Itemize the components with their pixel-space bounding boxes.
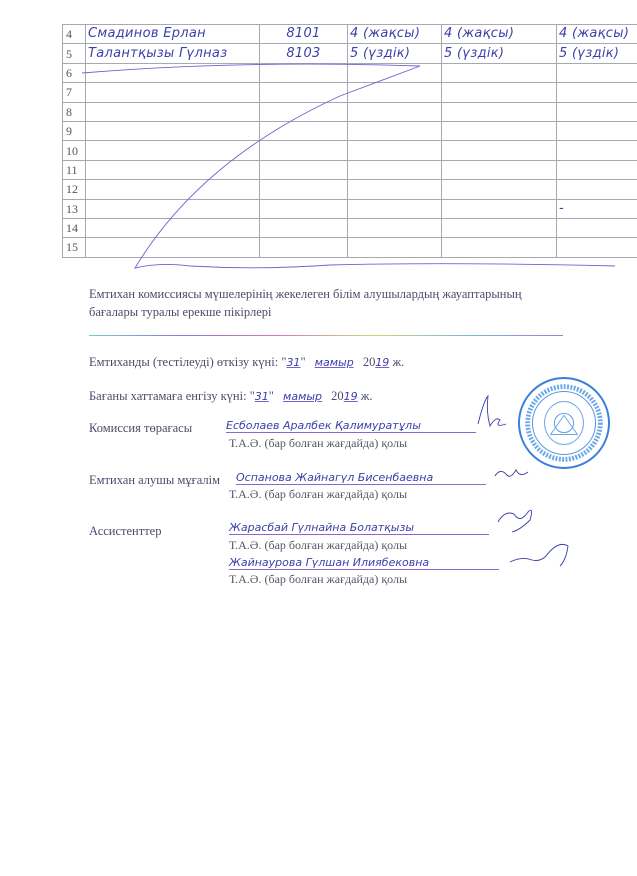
grade-3 (557, 121, 637, 140)
grade-2 (442, 160, 557, 179)
student-name (86, 199, 260, 218)
exam-year: 19 (375, 356, 389, 369)
grade-1 (348, 102, 442, 121)
student-name: Талантқызы Гүлназ (86, 44, 260, 63)
grade-2 (442, 121, 557, 140)
grade-3 (557, 160, 637, 179)
ticket-code (260, 180, 348, 199)
official-seal (518, 377, 610, 469)
teacher-caption: Т.А.Ә. (бар болған жағдайда) қолы (229, 487, 407, 502)
remarks-line-2: бағалары туралы ерекше пікірлері (89, 305, 272, 320)
ticket-code (260, 121, 348, 140)
row-number: 14 (63, 218, 86, 237)
student-name (86, 141, 260, 160)
grade-3 (557, 238, 637, 257)
student-name (86, 102, 260, 121)
row-number: 4 (63, 25, 86, 44)
grade-2 (442, 141, 557, 160)
chair-role: Комиссия төрағасы (89, 421, 192, 436)
seal-text-ring-icon (520, 379, 608, 467)
grade-1 (348, 199, 442, 218)
grade-3: 5 (үздік) (557, 44, 637, 63)
assistant-2-caption: Т.А.Ә. (бар болған жағдайда) қолы (229, 572, 407, 587)
row-number: 11 (63, 160, 86, 179)
grade-2 (442, 63, 557, 82)
grade-2 (442, 199, 557, 218)
student-name (86, 63, 260, 82)
grade-1 (348, 141, 442, 160)
entry-date-line: Бағаны хаттамаға енгізу күні: "31" мамыр… (89, 389, 373, 404)
grades-table: 4Смадинов Ерлан81014 (жақсы)4 (жақсы)4 (… (62, 24, 637, 258)
table-row: 9 (63, 121, 637, 140)
ticket-code (260, 218, 348, 237)
chair-caption: Т.А.Ә. (бар болған жағдайда) қолы (229, 436, 407, 451)
remarks-line-1: Емтихан комиссиясы мүшелерінің жекелеген… (89, 287, 522, 302)
entry-day: 31 (255, 390, 269, 403)
row-number: 6 (63, 63, 86, 82)
row-number: 15 (63, 238, 86, 257)
table-row: 11 (63, 160, 637, 179)
student-name (86, 180, 260, 199)
ticket-code (260, 199, 348, 218)
student-name: Смадинов Ерлан (86, 25, 260, 44)
assistant-1-name: Жарасбай Гүлнайна Болатқызы (229, 521, 489, 535)
table-row: 13- (63, 199, 637, 218)
grade-2 (442, 83, 557, 102)
document-page: 4Смадинов Ерлан81014 (жақсы)4 (жақсы)4 (… (0, 0, 637, 876)
row-number: 10 (63, 141, 86, 160)
remarks-divider (89, 335, 563, 336)
exam-month: мамыр (309, 356, 360, 369)
table-row: 10 (63, 141, 637, 160)
student-name (86, 121, 260, 140)
student-name (86, 160, 260, 179)
grade-2 (442, 180, 557, 199)
ticket-code (260, 102, 348, 121)
exam-day: 31 (286, 356, 300, 369)
grade-3 (557, 180, 637, 199)
student-name (86, 218, 260, 237)
grade-2 (442, 218, 557, 237)
grade-3 (557, 141, 637, 160)
table-row: 14 (63, 218, 637, 237)
table-row: 6 (63, 63, 637, 82)
ticket-code (260, 63, 348, 82)
table-row: 4Смадинов Ерлан81014 (жақсы)4 (жақсы)4 (… (63, 25, 637, 44)
grade-3: 4 (жақсы) (557, 25, 637, 44)
grade-1 (348, 63, 442, 82)
grade-1 (348, 238, 442, 257)
row-number: 8 (63, 102, 86, 121)
ticket-code: 8103 (260, 44, 348, 63)
grade-2 (442, 238, 557, 257)
row-number: 5 (63, 44, 86, 63)
table-row: 5Талантқызы Гүлназ81035 (үздік)5 (үздік)… (63, 44, 637, 63)
grade-3 (557, 102, 637, 121)
row-number: 12 (63, 180, 86, 199)
grade-1 (348, 180, 442, 199)
ticket-code (260, 141, 348, 160)
grade-2 (442, 102, 557, 121)
table-row: 7 (63, 83, 637, 102)
student-name (86, 238, 260, 257)
grade-1 (348, 121, 442, 140)
entry-month: мамыр (277, 390, 328, 403)
grade-1 (348, 160, 442, 179)
ticket-code: 8101 (260, 25, 348, 44)
grade-1 (348, 218, 442, 237)
table-row: 15 (63, 238, 637, 257)
teacher-role: Емтихан алушы мұғалім (89, 473, 220, 488)
grade-2: 4 (жақсы) (442, 25, 557, 44)
student-name (86, 83, 260, 102)
row-number: 9 (63, 121, 86, 140)
grade-3 (557, 83, 637, 102)
table-row: 8 (63, 102, 637, 121)
row-number: 7 (63, 83, 86, 102)
exam-date-line: Емтиханды (тестілеуді) өткізу күні: "31"… (89, 355, 404, 370)
ticket-code (260, 83, 348, 102)
grade-3 (557, 63, 637, 82)
grade-1: 4 (жақсы) (348, 25, 442, 44)
ticket-code (260, 238, 348, 257)
ticket-code (260, 160, 348, 179)
grade-3 (557, 218, 637, 237)
assistant-2-name: Жайнаурова Гүлшан Илиябековна (229, 556, 499, 570)
grade-1: 5 (үздік) (348, 44, 442, 63)
entry-year: 19 (344, 390, 358, 403)
teacher-name: Оспанова Жайнагүл Бисенбаевна (236, 471, 486, 485)
grade-3: - (557, 199, 637, 218)
grade-2: 5 (үздік) (442, 44, 557, 63)
chair-name: Есболаев Аралбек Қалимуратұлы (226, 419, 476, 433)
row-number: 13 (63, 199, 86, 218)
grade-1 (348, 83, 442, 102)
assistants-role: Ассистенттер (89, 524, 161, 539)
table-row: 12 (63, 180, 637, 199)
assistant-1-caption: Т.А.Ә. (бар болған жағдайда) қолы (229, 538, 407, 553)
